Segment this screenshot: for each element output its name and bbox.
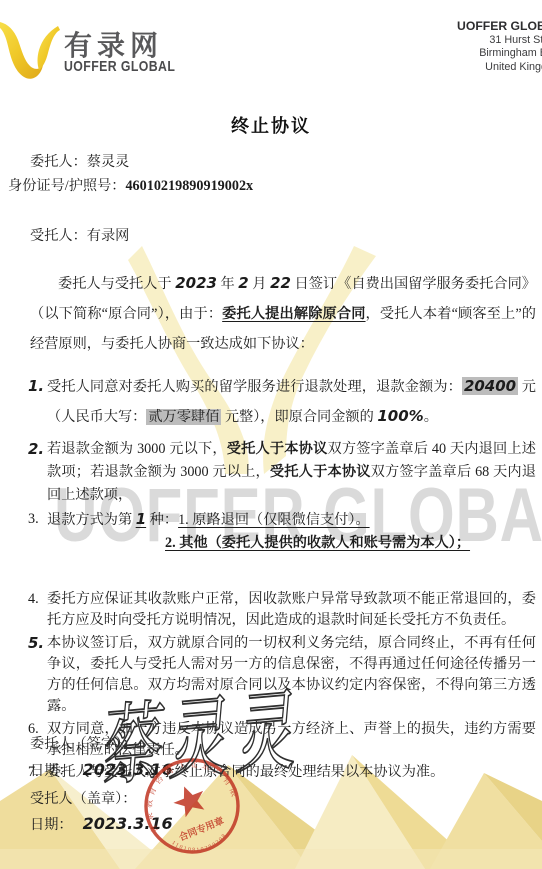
logo-english-name: UOFFER GLOBAL: [64, 58, 175, 75]
intro-paragraph: 委托人与受托人于 2023 年 2 月 22 日签订《自费出国留学服务委托合同》…: [30, 268, 536, 359]
uoffer-logo-icon: [0, 20, 60, 84]
client-row: 委托人：蔡灵灵: [30, 151, 129, 171]
text-segment: 1: [136, 510, 146, 528]
id-label: 身份证号/护照号：: [8, 178, 125, 194]
text-segment: 受托人同意对委托人购买的留学服务进行退款处理，退款金额为：: [47, 379, 462, 395]
text-segment: 。: [424, 409, 438, 425]
terms-item: 4. 委托方应保证其收款账户正常，因收款账户异常导致款项不能正常退回的，委托方应…: [28, 589, 536, 631]
trustee-label: 受托人：: [30, 228, 87, 244]
handwritten-signature: 蔡灵灵: [90, 676, 300, 816]
date-label: 日期：: [30, 763, 73, 779]
text-segment: 若退款金额为 3000 元以下，: [47, 441, 227, 457]
text-segment: 种：: [146, 512, 178, 528]
text-segment: 退款方式为第: [47, 512, 136, 528]
item-number: 5.: [28, 633, 47, 717]
item-number: 1.: [28, 372, 47, 432]
client-label: 委托人：: [30, 154, 87, 170]
text-segment: 元整），即原合同金额的: [221, 409, 377, 425]
date-label: 日期：: [30, 817, 73, 833]
text-segment: 100%: [377, 407, 423, 425]
item-number: 3.: [28, 508, 47, 555]
address-line: 31 Hurst Street: [392, 34, 542, 48]
text-segment: 年: [217, 276, 238, 292]
text-segment: 受托人于本协议: [270, 464, 371, 480]
terms-item: 2. 若退款金额为 3000 元以下，受托人于本协议双方签字盖章后 40 天内退…: [28, 438, 536, 507]
text-segment: 委托方应保证其收款账户正常，因收款账户异常导致款项不能正常退回的，委托方应及时向…: [47, 591, 536, 628]
text-segment: 委托人与受托人于: [58, 276, 175, 292]
item-text: 委托方应保证其收款账户正常，因收款账户异常导致款项不能正常退回的，委托方应及时向…: [47, 589, 536, 631]
address-company-name: UOFFER GLOBAL: [392, 20, 542, 34]
text-segment: 22: [270, 274, 291, 292]
terms-item: 1. 受托人同意对委托人购买的留学服务进行退款处理，退款金额为：20400 元（…: [28, 372, 536, 432]
trustee-row: 受托人：有录网: [30, 225, 129, 245]
company-address-block: UOFFER GLOBAL 31 Hurst Street Birmingham…: [392, 20, 542, 74]
termination-agreement-document: { "header": { "logo_cn": "有录网", "logo_en…: [0, 0, 542, 869]
text-segment: 月: [249, 276, 270, 292]
item-number: 2.: [28, 438, 47, 507]
id-row: 身份证号/护照号：46010219890919002x: [8, 175, 253, 195]
document-title: 终止协议: [0, 112, 542, 138]
id-number: 46010219890919002x: [125, 178, 253, 194]
item-text: 退款方式为第 1 种：1. 原路退回（仅限微信支付）。2. 其他（委托人提供的收…: [47, 508, 536, 555]
terms-item: 3. 退款方式为第 1 种：1. 原路退回（仅限微信支付）。2. 其他（委托人提…: [28, 508, 536, 555]
signature-text: 蔡灵灵: [94, 684, 300, 797]
text-segment: 委托人提出解除原合同: [222, 306, 365, 322]
text-segment: 贰万零肆佰: [146, 409, 221, 425]
item-text: 受托人同意对委托人购买的留学服务进行退款处理，退款金额为：20400 元（人民币…: [47, 372, 536, 432]
text-segment: 2. 其他（委托人提供的收款人和账号需为本人）；: [165, 535, 470, 551]
text-segment: 受托人于本协议: [227, 441, 328, 457]
item-number: 4.: [28, 589, 47, 631]
text-segment: 2023: [175, 274, 217, 292]
trustee-name: 有录网: [87, 228, 130, 244]
address-line: Birmingham B5 4: [392, 47, 542, 61]
text-segment: 1. 原路退回（仅限微信支付）。: [178, 512, 370, 528]
item-text: 若退款金额为 3000 元以下，受托人于本协议双方签字盖章后 40 天内退回上述…: [47, 438, 536, 507]
address-line: United Kingdom: [392, 61, 542, 75]
client-name: 蔡灵灵: [87, 154, 130, 170]
text-segment: 20400: [462, 377, 518, 395]
text-segment: 2: [238, 274, 248, 292]
